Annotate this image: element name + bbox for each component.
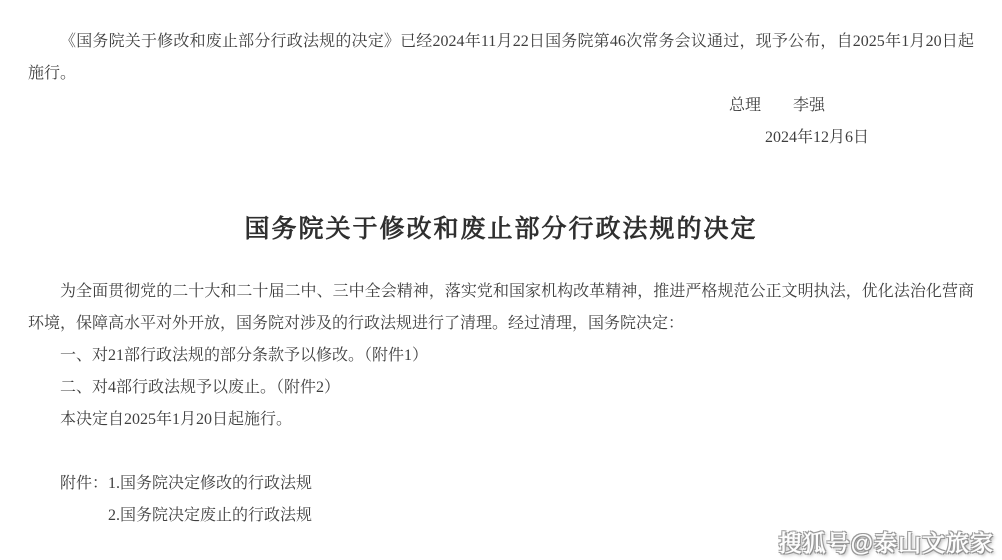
sohu-account-watermark: 搜狐号@泰山文旅家 bbox=[779, 525, 994, 558]
publication-notice: 《国务院关于修改和废止部分行政法规的决定》已经2024年11月22日国务院第46… bbox=[28, 26, 974, 90]
document-title: 国务院关于修改和废止部分行政法规的决定 bbox=[28, 208, 974, 252]
attachments-block: 附件： 1.国务院决定修改的行政法规 2.国务院决定废止的行政法规 bbox=[60, 468, 974, 532]
attachments-label: 附件： bbox=[60, 468, 108, 532]
government-notice-document: 《国务院关于修改和废止部分行政法规的决定》已经2024年11月22日国务院第46… bbox=[0, 0, 1002, 532]
attachment-item-2: 2.国务院决定废止的行政法规 bbox=[108, 500, 312, 532]
attachment-item-1: 1.国务院决定修改的行政法规 bbox=[108, 468, 312, 500]
attachments-list: 1.国务院决定修改的行政法规 2.国务院决定废止的行政法规 bbox=[108, 468, 312, 532]
decision-item-2: 二、对4部行政法规予以废止。（附件2） bbox=[28, 372, 974, 404]
decision-item-1: 一、对21部行政法规的部分条款予以修改。（附件1） bbox=[28, 340, 974, 372]
effective-date-line: 本决定自2025年1月20日起施行。 bbox=[28, 404, 974, 436]
signature-date-line: 2024年12月6日 bbox=[28, 122, 974, 154]
signer-line: 总理 李强 bbox=[28, 90, 974, 122]
intro-paragraph: 为全面贯彻党的二十大和二十届二中、三中全会精神，落实党和国家机构改革精神，推进严… bbox=[28, 276, 974, 340]
